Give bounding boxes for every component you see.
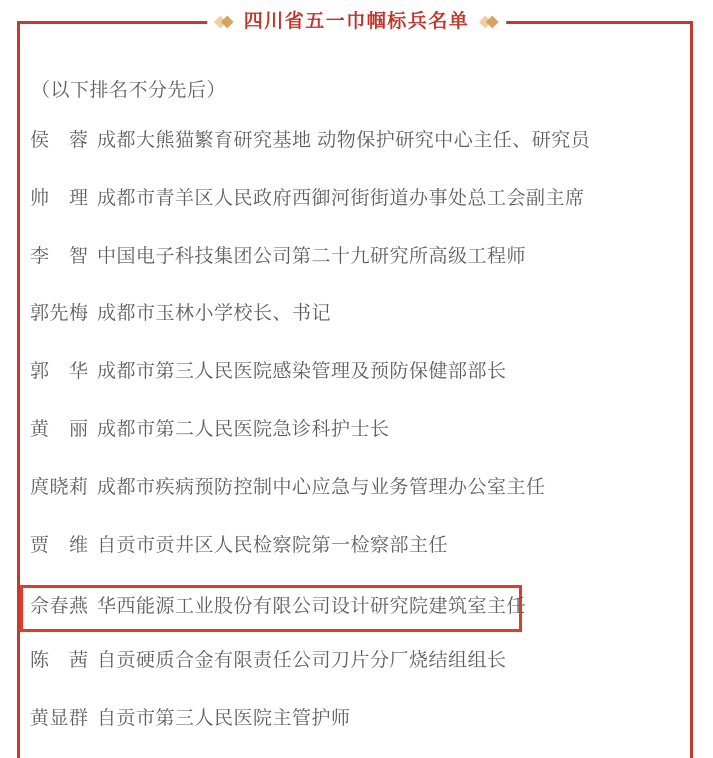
person-name: 贾 维 [30, 535, 88, 556]
title-bar: 四川省五一巾帼标兵名单 [207, 8, 507, 36]
person-title: 成都市第二人民医院急诊科护士长 [97, 419, 390, 440]
person-title: 成都大熊猫繁育研究基地 动物保护研究中心主任、研究员 [97, 130, 590, 151]
list-item: 郭 华成都市第三人民医院感染管理及预防保健部部长 [30, 361, 507, 382]
list-item: 帅 理成都市青羊区人民政府西御河街街道办事处总工会副主席 [30, 188, 585, 209]
person-name: 陈 茜 [30, 650, 88, 671]
person-title: 成都市第三人民医院感染管理及预防保健部部长 [97, 361, 507, 382]
list-item: 贾 维自贡市贡井区人民检察院第一检察部主任 [30, 535, 448, 556]
person-name: 帅 理 [30, 188, 88, 209]
person-name: 郭先梅 [30, 303, 88, 324]
list-item-highlighted: 佘春燕华西能源工业股份有限公司设计研究院建筑室主任 [30, 596, 526, 617]
list-item: 庹晓莉成都市疾病预防控制中心应急与业务管理办公室主任 [30, 477, 546, 498]
honoree-list: 侯 蓉成都大熊猫繁育研究基地 动物保护研究中心主任、研究员帅 理成都市青羊区人民… [0, 0, 713, 758]
person-name: 李 智 [30, 246, 88, 267]
person-title: 自贡市第三人民医院主管护师 [97, 708, 351, 729]
person-name: 郭 华 [30, 361, 88, 382]
person-title: 中国电子科技集团公司第二十九研究所高级工程师 [97, 246, 526, 267]
person-title: 成都市疾病预防控制中心应急与业务管理办公室主任 [97, 477, 546, 498]
person-title: 华西能源工业股份有限公司设计研究院建筑室主任 [97, 596, 526, 617]
diamond-ornament-icon [213, 14, 235, 30]
list-item: 黄显群自贡市第三人民医院主管护师 [30, 708, 351, 729]
person-title: 自贡市贡井区人民检察院第一检察部主任 [97, 535, 448, 556]
person-title: 自贡硬质合金有限责任公司刀片分厂烧结组组长 [97, 650, 507, 671]
person-title: 成都市青羊区人民政府西御河街街道办事处总工会副主席 [97, 188, 585, 209]
person-name: 佘春燕 [30, 596, 88, 617]
page-title: 四川省五一巾帼标兵名单 [244, 8, 470, 36]
article-page: 四川省五一巾帼标兵名单 （以下排名不分先后） 侯 蓉成都大熊猫繁育研究基地 动物… [0, 0, 713, 758]
list-item: 侯 蓉成都大熊猫繁育研究基地 动物保护研究中心主任、研究员 [30, 130, 590, 151]
person-name: 庹晓莉 [30, 477, 88, 498]
person-title: 成都市玉林小学校长、书记 [97, 303, 331, 324]
list-item: 黄 丽成都市第二人民医院急诊科护士长 [30, 419, 390, 440]
diamond-ornament-icon [478, 14, 500, 30]
list-item: 陈 茜自贡硬质合金有限责任公司刀片分厂烧结组组长 [30, 650, 507, 671]
list-item: 郭先梅成都市玉林小学校长、书记 [30, 303, 331, 324]
person-name: 黄 丽 [30, 419, 88, 440]
person-name: 黄显群 [30, 708, 88, 729]
person-name: 侯 蓉 [30, 130, 88, 151]
list-item: 李 智中国电子科技集团公司第二十九研究所高级工程师 [30, 246, 526, 267]
